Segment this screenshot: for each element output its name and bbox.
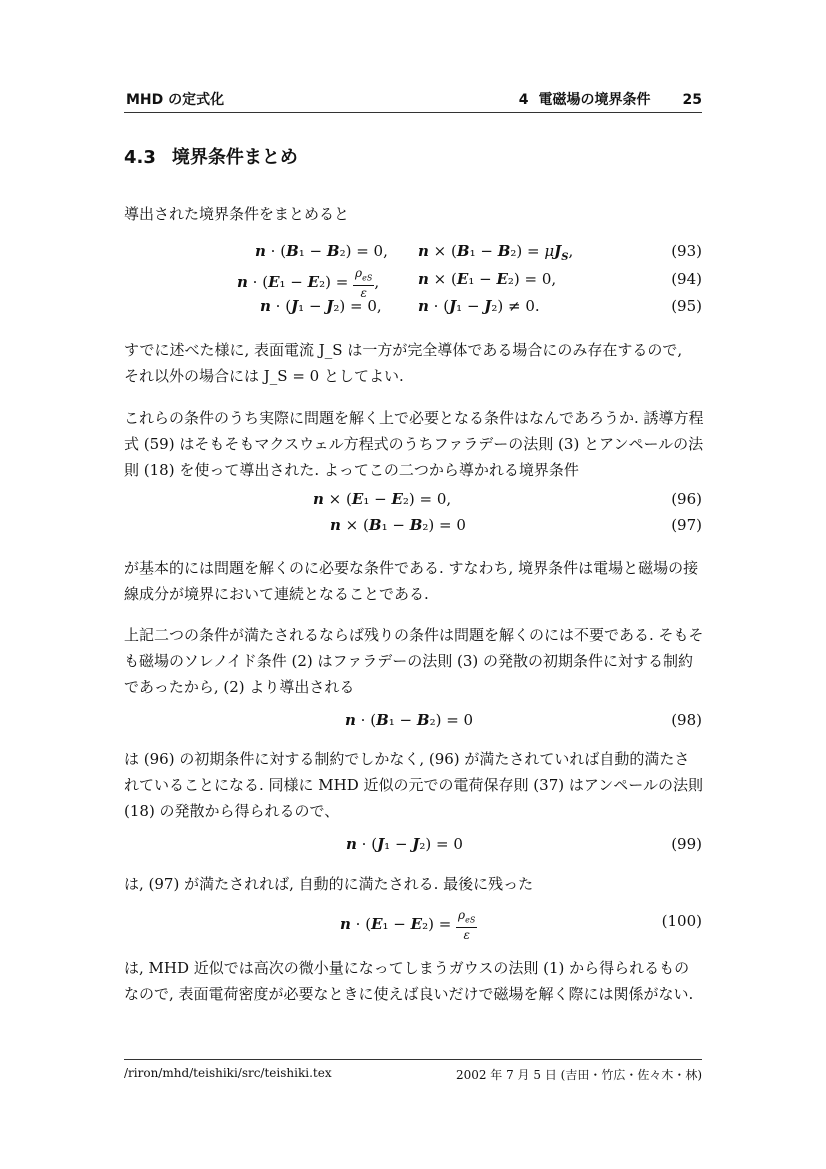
header-rule xyxy=(124,112,702,113)
running-header: MHD の定式化 4電磁場の境界条件25 xyxy=(126,89,702,113)
page-number: 25 xyxy=(683,92,702,108)
footer-file-path: /riron/mhd/teishiki/src/teishiki.tex xyxy=(124,1066,332,1080)
equation-95-right: n · (J₁ − J₂) ≠ 0. xyxy=(418,297,540,315)
equation-99: n · (J₁ − J₂) = 0 xyxy=(346,835,463,853)
paragraph-last-remaining: は, (97) が満たされれば, 自動的に満たされる. 最後に残った xyxy=(124,871,704,897)
equation-number: (94) xyxy=(671,270,702,288)
paragraph-remaining-conditions: 上記二つの条件が満たされるならば残りの条件は問題を解くのには不要である. そもそ… xyxy=(124,622,704,700)
equation-number: (96) xyxy=(671,490,702,508)
header-document-title: MHD の定式化 xyxy=(126,89,224,109)
paragraph-line: すでに述べた様に, 表面電流 J_S は一方が完全導体である場合にのみ存在するの… xyxy=(124,337,704,363)
equation-number: (95) xyxy=(671,297,702,315)
header-section-title: 電磁場の境界条件 xyxy=(539,92,651,108)
equation-93-left: n · (B₁ − B₂) = 0, xyxy=(255,242,388,260)
equation-number: (93) xyxy=(671,242,702,260)
paragraph-line: それ以外の場合には J_S = 0 としてよい. xyxy=(124,363,704,389)
paragraph-necessary-conditions: これらの条件のうち実際に問題を解く上で必要となる条件はなんであろうか. 誘導方程… xyxy=(124,405,704,483)
equation-number: (98) xyxy=(671,711,702,729)
equation-97: n × (B₁ − B₂) = 0 xyxy=(330,516,466,534)
paragraph-gauss-law: は, MHD 近似では高次の微小量になってしまうガウスの法則 (1) から得られ… xyxy=(124,955,704,1007)
footer-rule xyxy=(124,1059,702,1060)
equation-number: (100) xyxy=(662,912,702,930)
section-heading: 4.3境界条件まとめ xyxy=(124,143,298,169)
paragraph-intro: 導出された境界条件をまとめると xyxy=(124,201,704,227)
document-page: MHD の定式化 4電磁場の境界条件25 4.3境界条件まとめ 導出された境界条… xyxy=(0,0,826,1169)
equation-94-left: n · (E₁ − E₂) = ρeSε, xyxy=(237,266,379,300)
header-section-number: 4 xyxy=(519,92,529,108)
paragraph-surface-current: すでに述べた様に, 表面電流 J_S は一方が完全導体である場合にのみ存在するの… xyxy=(124,337,704,389)
footer-date-authors: 2002 年 7 月 5 日 (吉田・竹広・佐々木・林) xyxy=(456,1066,702,1083)
equation-94-right: n × (E₁ − E₂) = 0, xyxy=(418,270,556,288)
section-number: 4.3 xyxy=(124,147,156,168)
equation-93-right: n × (B₁ − B₂) = μJS, xyxy=(418,242,573,263)
section-title: 境界条件まとめ xyxy=(172,147,298,168)
equation-95-left: n · (J₁ − J₂) = 0, xyxy=(260,297,382,315)
equation-100: n · (E₁ − E₂) = ρeSε xyxy=(340,908,477,942)
equation-96: n × (E₁ − E₂) = 0, xyxy=(313,490,451,508)
paragraph-charge-conservation: は (96) の初期条件に対する制約でしかなく, (96) が満たされていれば自… xyxy=(124,746,704,824)
equation-98: n · (B₁ − B₂) = 0 xyxy=(345,711,473,729)
paragraph-tangential-continuity: が基本的には問題を解くのに必要な条件である. すなわち, 境界条件は電場と磁場の… xyxy=(124,555,704,607)
equation-number: (97) xyxy=(671,516,702,534)
header-chapter: 4電磁場の境界条件25 xyxy=(519,89,702,109)
equation-number: (99) xyxy=(671,835,702,853)
